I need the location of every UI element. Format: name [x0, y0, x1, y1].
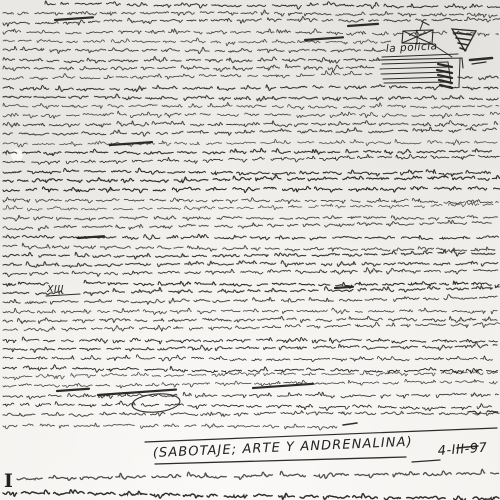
- handwriting-line: [3, 71, 372, 80]
- handwriting-line: [3, 379, 497, 388]
- handwriting-line: [3, 175, 500, 183]
- handwriting-line: [3, 308, 497, 315]
- handwriting-line: [3, 234, 498, 240]
- strike-mark: [57, 389, 89, 391]
- handwriting-line: [3, 401, 491, 411]
- chapter-numeral-label: XIII: [46, 284, 64, 295]
- caption-title: (SABOTAJE; ARTE Y ANDRENALINA): [153, 435, 414, 461]
- handwriting-line: [3, 85, 498, 92]
- handwriting-line: [3, 411, 499, 417]
- handwriting-line: [3, 355, 492, 362]
- handwriting-line: [3, 121, 498, 128]
- handwriting-layer: la policía XIII I (SABOTAJE; ARTE Y ANDR…: [0, 0, 500, 500]
- rule-line: [343, 423, 357, 425]
- strike-mark: [348, 24, 378, 26]
- rule-line: [412, 460, 440, 462]
- handwriting-line: [3, 56, 380, 63]
- handwriting-line: [3, 220, 491, 230]
- handwriting-line: [3, 490, 499, 500]
- handwriting-line: [3, 197, 498, 203]
- handwriting-line: [3, 392, 498, 399]
- handwriting-line: [3, 168, 491, 176]
- police-label: la policía: [386, 40, 438, 55]
- sketch-stroke: [470, 58, 492, 60]
- handwriting-line: [3, 316, 497, 323]
- handwriting-line: [3, 202, 493, 211]
- strike-mark: [55, 17, 93, 20]
- circled-word-mark: [131, 392, 180, 414]
- handwriting-line: [3, 294, 497, 304]
- correction-blotch: [17, 343, 27, 353]
- handwriting-line: [3, 102, 499, 109]
- handwriting-line: [3, 243, 495, 252]
- strike-mark: [305, 37, 343, 40]
- sketch-stroke: [420, 22, 429, 30]
- sketch-stroke: [459, 59, 460, 86]
- handwriting-line: [3, 365, 498, 374]
- handwriting-line: [3, 46, 385, 53]
- handwriting-line: [3, 261, 498, 268]
- handwriting-line: [3, 215, 497, 221]
- date-annotation: 4-III-97: [437, 441, 488, 459]
- paragraph-initial: I: [4, 470, 13, 492]
- correction-blotch: [11, 149, 23, 161]
- handwriting-line: [3, 342, 497, 352]
- handwriting-line: [3, 250, 495, 259]
- handwriting-block: [3, 1, 500, 500]
- handwriting-line: [3, 94, 498, 101]
- strike-mark: [335, 287, 353, 288]
- manuscript-page: la policía XIII I (SABOTAJE; ARTE Y ANDR…: [0, 0, 500, 500]
- handwriting-line: [3, 371, 498, 380]
- handwriting-line: [3, 10, 497, 18]
- handwriting-line: [3, 423, 337, 430]
- handwriting-line: [3, 148, 491, 155]
- sketch-stroke: [472, 62, 486, 64]
- handwriting-line: [3, 127, 496, 136]
- handwriting-line: [3, 154, 499, 164]
- handwriting-line: [3, 280, 499, 288]
- handwriting-line: [17, 469, 499, 480]
- handwriting-line: [458, 76, 498, 80]
- handwriting-line: [3, 337, 497, 344]
- handwriting-line: [3, 64, 374, 71]
- handwriting-line: [3, 111, 499, 118]
- annotation-marks: [46, 17, 497, 464]
- handwriting-line: [3, 139, 497, 147]
- handwriting-line: [3, 186, 500, 192]
- handwriting-line: [3, 268, 498, 277]
- handwriting-line: [3, 322, 499, 331]
- handwriting-line: [45, 1, 500, 9]
